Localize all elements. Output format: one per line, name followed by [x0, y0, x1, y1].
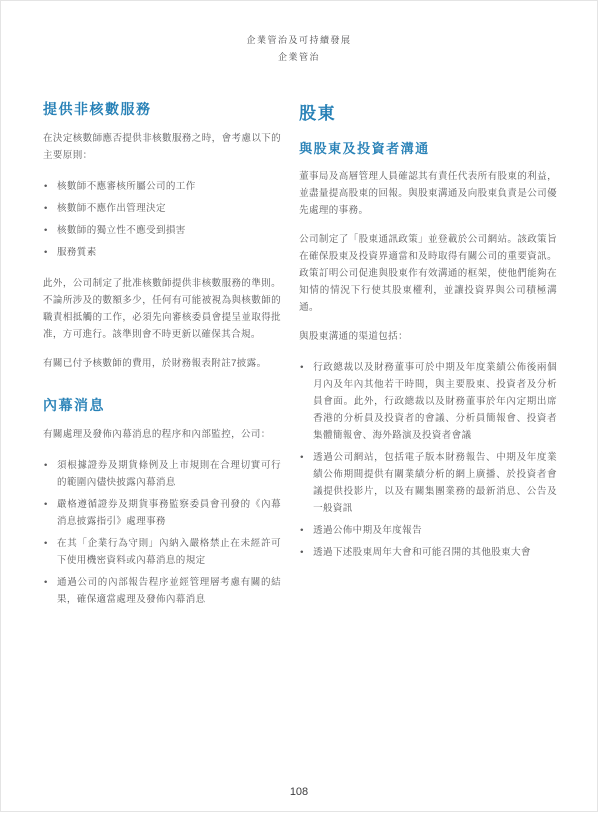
paragraph-board-responsibility: 董事局及高層管理人員確認其有責任代表所有股東的利益，並盡量提高股東的回報。與股東… — [299, 168, 557, 219]
document-page: 企業管治及可持續發展 企業管治 提供非核數服務 在決定核數師應否提供非核數服務之… — [0, 0, 598, 812]
left-column: 提供非核數服務 在決定核數師應否提供非核數服務之時，會考慮以下的主要原則： 核數… — [43, 99, 281, 622]
list-item: 透過下述股東周年大會和可能召開的其他股東大會 — [299, 544, 557, 561]
list-item: 透過公司網站，包括電子版本財務報告、中期及年度業績公佈期間提供有關業績分析的網上… — [299, 449, 557, 517]
section-title-shareholders: 股東 — [299, 99, 557, 124]
paragraph-communication-policy: 公司制定了「股東通訊政策」並登載於公司網站。該政策旨在確保股東及投資界適當和及時… — [299, 231, 557, 316]
page-header: 企業管治及可持續發展 企業管治 — [1, 1, 597, 66]
list-item: 核數師的獨立性不應受到損害 — [43, 222, 281, 239]
list-item: 透過公佈中期及年度報告 — [299, 522, 557, 539]
bullet-list-inside-information: 須根據證券及期貨條例及上市規則在合理切實可行的範圍內儘快披露內幕消息 嚴格遵循證… — [43, 457, 281, 608]
page-footer: 108 — [1, 786, 597, 798]
bullet-list-principles: 核數師不應審核所屬公司的工作 核數師不應作出管理決定 核數師的獨立性不應受到損害… — [43, 178, 281, 261]
paragraph-channels-intro: 與股東溝通的渠道包括： — [299, 328, 557, 345]
list-item: 行政總裁以及財務董事可於中期及年度業績公佈後兩個月內及年內其他若干時間，與主要股… — [299, 359, 557, 444]
paragraph-intro-principles: 在決定核數師應否提供非核數服務之時，會考慮以下的主要原則： — [43, 130, 281, 164]
section-title-inside-information: 內幕消息 — [43, 395, 281, 415]
list-item: 服務質素 — [43, 244, 281, 261]
header-line-2: 企業管治 — [1, 49, 597, 66]
section-title-communication: 與股東及投資者溝通 — [299, 138, 557, 157]
paragraph-approval-criteria: 此外，公司制定了批准核數師提供非核數服務的準則。不論所涉及的數額多少，任何有可能… — [43, 275, 281, 343]
list-item: 須根據證券及期貨條例及上市規則在合理切實可行的範圍內儘快披露內幕消息 — [43, 457, 281, 491]
header-line-1: 企業管治及可持續發展 — [1, 32, 597, 49]
list-item: 核數師不應作出管理決定 — [43, 200, 281, 217]
right-column: 股東 與股東及投資者溝通 董事局及高層管理人員確認其有責任代表所有股東的利益，並… — [299, 99, 557, 622]
page-number: 108 — [290, 786, 308, 798]
section-title-non-audit-services: 提供非核數服務 — [43, 99, 281, 119]
content-columns: 提供非核數服務 在決定核數師應否提供非核數服務之時，會考慮以下的主要原則： 核數… — [1, 99, 597, 622]
list-item: 通過公司的內部報告程序並經管理層考慮有關的結果，確保適當處理及發佈內幕消息 — [43, 574, 281, 608]
list-item: 嚴格遵循證券及期貨事務監察委員會刊發的《內幕消息披露指引》處理事務 — [43, 496, 281, 530]
paragraph-inside-info-intro: 有關處理及發佈內幕消息的程序和內部監控，公司： — [43, 426, 281, 443]
bullet-list-channels: 行政總裁以及財務董事可於中期及年度業績公佈後兩個月內及年內其他若干時間，與主要股… — [299, 359, 557, 561]
paragraph-auditor-fees: 有關已付予核數師的費用，於財務報表附註7披露。 — [43, 355, 281, 372]
list-item: 在其「企業行為守則」內納入嚴格禁止在未經許可下使用機密資料或內幕消息的規定 — [43, 535, 281, 569]
list-item: 核數師不應審核所屬公司的工作 — [43, 178, 281, 195]
